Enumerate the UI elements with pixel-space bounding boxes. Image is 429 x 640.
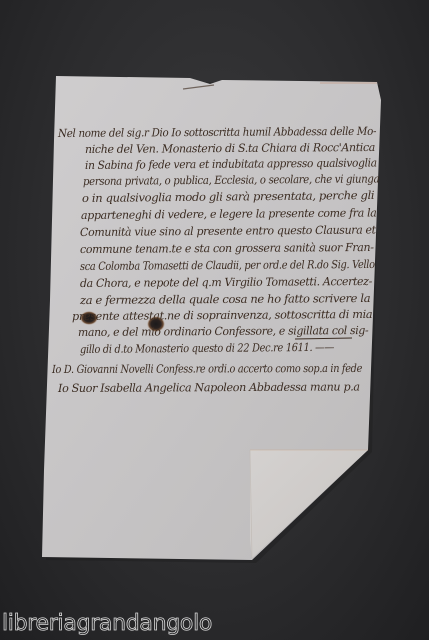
manuscript-line-6: apparteneghi di vedere, e legere la pres… (81, 206, 377, 222)
manuscript-line-1: Nel nome del sig.r Dio Io sottoscritta h… (58, 125, 376, 140)
manuscript-line-8: commune tenam.te e sta con grossera sani… (80, 241, 374, 256)
manuscript-line-2: niche del Ven. Monasterio di S.ta Chiara… (85, 141, 375, 156)
manuscript-line-7: Comunità viue sino al presente entro que… (80, 223, 376, 239)
manuscript-line-14: gillo di d.to Monasterio questo di 22 De… (80, 341, 334, 356)
manuscript-line-11: za e fermezza della quale cosa ne ho fat… (80, 292, 370, 307)
manuscript-line-4: persona privata, o publica, Ecclesia, o … (83, 172, 379, 188)
manuscript-line-3: in Sabina fo fede vera et indubitata app… (85, 156, 377, 172)
manuscript-line-10: da Chora, e nepote del q.m Virgilio Toma… (80, 275, 372, 290)
manuscript-line-9: sca Colomba Tomasetti de Claudii, per or… (80, 258, 375, 273)
signature-confessor: Io D. Giovanni Novelli Confess.re ordi.o… (52, 362, 362, 376)
signature-abbess: Io Suor Isabella Angelica Napoleon Abbad… (58, 380, 360, 395)
photo-stage: Nel nome del sig.r Dio Io sottoscritta h… (0, 0, 429, 640)
manuscript-text: Nel nome del sig.r Dio Io sottoscritta h… (0, 0, 429, 640)
manuscript-line-5: o in qualsivoglia modo gli sarà presenta… (82, 189, 374, 205)
watermark-text: libreriagrandangolo (2, 611, 212, 636)
manuscript-line-12: presente attestat.ne di soprainvenza, so… (72, 308, 372, 323)
manuscript-line-13: mano, e del mio ordinario Confessore, e … (78, 324, 368, 339)
